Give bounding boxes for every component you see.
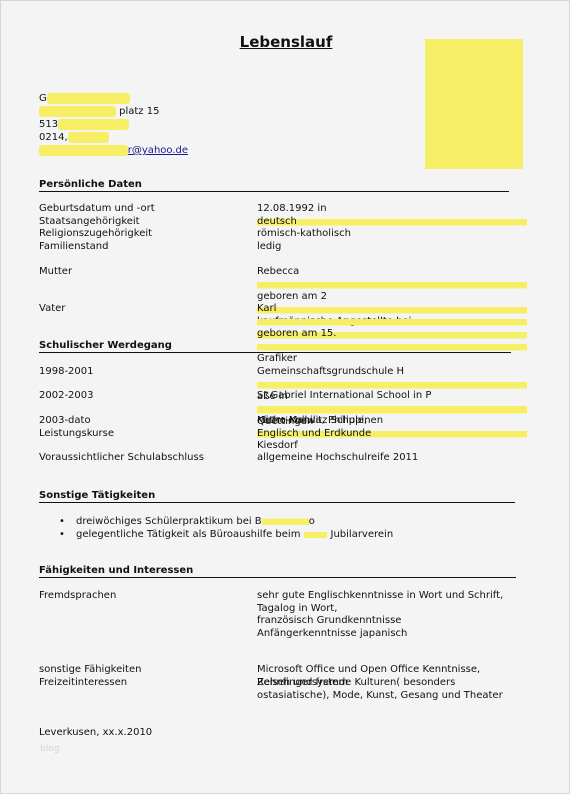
section-heading-school: Schulischer Werdegang	[39, 340, 511, 353]
section-heading-skills: Fähigkeiten und Interessen	[39, 565, 516, 578]
value-line: deutsch	[257, 216, 527, 229]
list-item: •dreiwöchiges Schülerpraktikum bei Bxxxx…	[59, 515, 393, 528]
section-heading-other: Sonstige Tätigkeiten	[39, 490, 515, 503]
row-label: Staatsangehörigkeit	[39, 216, 254, 229]
row-value: Karl xxxxxxxxxxxgeboren am 15. xxxxxxxxx…	[257, 303, 527, 366]
row-label: 1998-2001	[39, 366, 254, 379]
value-line: französisch Grundkenntnisse	[257, 615, 527, 628]
section-heading-personal: Persönliche Daten	[39, 179, 509, 192]
row-label: Fremdsprachen	[39, 590, 254, 603]
value-line: allgemeine Hochschulreife 2011	[257, 452, 527, 465]
photo-placeholder	[425, 39, 523, 169]
row-label: Geburtsdatum und -ort	[39, 203, 254, 216]
row-label: Vater	[39, 303, 254, 316]
contact-phone: 0214,xxxxxxx	[39, 131, 188, 144]
row-value: sehr gute Englischkenntnisse in Wort und…	[257, 590, 527, 640]
value-line: ostasiatische), Mode, Kunst, Gesang und …	[257, 690, 527, 703]
place-date: Leverkusen, xx.x.2010	[39, 727, 152, 738]
row-value: allgemeine Hochschulreife 2011	[257, 452, 527, 465]
contact-email[interactable]: xxxxxxxxxxxxxxxr@yahoo.de	[39, 144, 188, 157]
row-label: Voraussichtlicher Schulabschluss	[39, 452, 254, 465]
value-line: Englisch und Erdkunde	[257, 428, 527, 441]
contact-street: xxxxxxxxxxxxx platz 15	[39, 105, 188, 118]
row-value: römisch-katholisch	[257, 228, 527, 241]
row-value: deutsch	[257, 216, 527, 229]
watermark: blog	[40, 744, 59, 754]
value-line: Grafiker	[257, 353, 527, 366]
row-label: Familienstand	[39, 241, 254, 254]
row-label: Religionszugehörigkeit	[39, 228, 254, 241]
value-line: Karl xxxxxxxxxxx	[257, 303, 527, 328]
contact-block: Gxxxxxxxxxxxxxx xxxxxxxxxxxxx platz 15 5…	[39, 92, 188, 157]
row-value: Reisen und fremde Kulturen( besondersost…	[257, 677, 527, 702]
contact-city: 513xxxxxxxxxxxx	[39, 118, 188, 131]
document-page: Lebenslauf Gxxxxxxxxxxxxxx xxxxxxxxxxxxx…	[0, 0, 570, 794]
value-line: Rebecca xxxxxxxx	[257, 266, 527, 291]
row-label: 2002-2003	[39, 390, 254, 403]
value-line: römisch-katholisch	[257, 228, 527, 241]
value-line: Reisen und fremde Kulturen( besonders	[257, 677, 527, 690]
value-line: Anfängerkenntnisse japanisch	[257, 628, 527, 641]
row-value: Englisch und Erdkunde	[257, 428, 527, 441]
contact-name: Gxxxxxxxxxxxxxx	[39, 92, 188, 105]
row-label: 2003-dato	[39, 415, 254, 428]
value-line: sehr gute Englischkenntnisse in Wort und…	[257, 590, 527, 603]
row-label: Leistungskurse	[39, 428, 254, 441]
row-label: Freizeitinteressen	[39, 677, 254, 690]
activities-list: •dreiwöchiges Schülerpraktikum bei Bxxxx…	[59, 515, 393, 541]
value-line: St.Gabriel International School in P xxx…	[257, 390, 527, 415]
value-line: Microsoft Office und Open Office Kenntni…	[257, 664, 527, 677]
row-label: Mutter	[39, 266, 254, 279]
value-line: Tagalog in Wort,	[257, 603, 527, 616]
row-label: sonstige Fähigkeiten	[39, 664, 254, 677]
list-item: •gelegentliche Tätigkeit als Büroaushilf…	[59, 528, 393, 541]
value-line: ledig	[257, 241, 527, 254]
row-value: ledig	[257, 241, 527, 254]
